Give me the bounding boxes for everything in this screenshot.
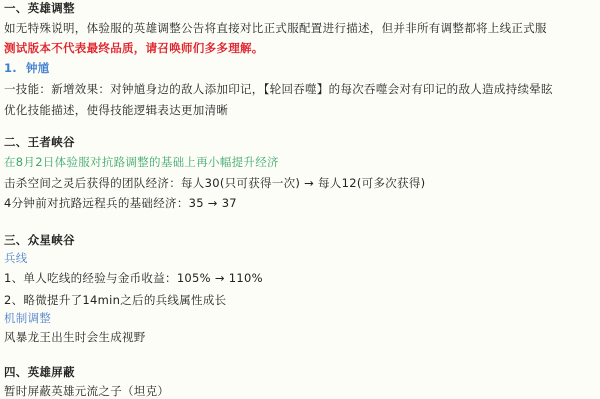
hero-heading-zhongkui: 1.钟馗: [4, 60, 50, 76]
mechanics-change-item: 风暴龙王出生时会生成视野: [4, 329, 146, 345]
section-title-kings-canyon: 二、王者峡谷: [4, 134, 75, 150]
section-title-hero-adjust: 一、英雄调整: [4, 0, 75, 16]
hero-change-item: 一技能：新增效果：对钟馗身边的敌人添加印记，【轮回吞噬】的每次吞噬会对有印记的敌…: [4, 81, 553, 97]
minion-change-item: 1、单人吃线的经验与金币收益：105% → 110%: [4, 270, 263, 286]
subheading-mechanics: 机制调整: [4, 310, 51, 326]
section-title-star-canyon: 三、众星峡谷: [4, 232, 75, 248]
hero-change-item: 优化技能描述，使得技能逻辑表达更加清晰: [4, 102, 228, 118]
kings-canyon-note: 在8月2日体验服对抗路调整的基础上再小幅提升经济: [4, 154, 279, 170]
section-title-hero-block: 四、英雄屏蔽: [4, 364, 75, 380]
warning-text: 测试版本不代表最终品质，请召唤师们多多理解。: [4, 40, 264, 56]
minion-change-item: 2、略微提升了14min之后的兵线属性成长: [4, 292, 226, 308]
hero-block-item: 暂时屏蔽英雄元流之子（坦克）: [4, 383, 169, 399]
hero-name: 钟馗: [26, 61, 50, 75]
kings-canyon-change-item: 4分钟前对抗路远程兵的基础经济：35 → 37: [4, 195, 237, 211]
hero-index: 1.: [4, 60, 26, 76]
kings-canyon-change-item: 击杀空间之灵后获得的团队经济：每人30(只可获得一次) → 每人12(可多次获得…: [4, 175, 425, 191]
subheading-minions: 兵线: [4, 250, 28, 266]
hero-adjust-intro: 如无特殊说明，体验服的英雄调整公告将直接对比正式服配置进行描述，但并非所有调整都…: [4, 20, 547, 36]
